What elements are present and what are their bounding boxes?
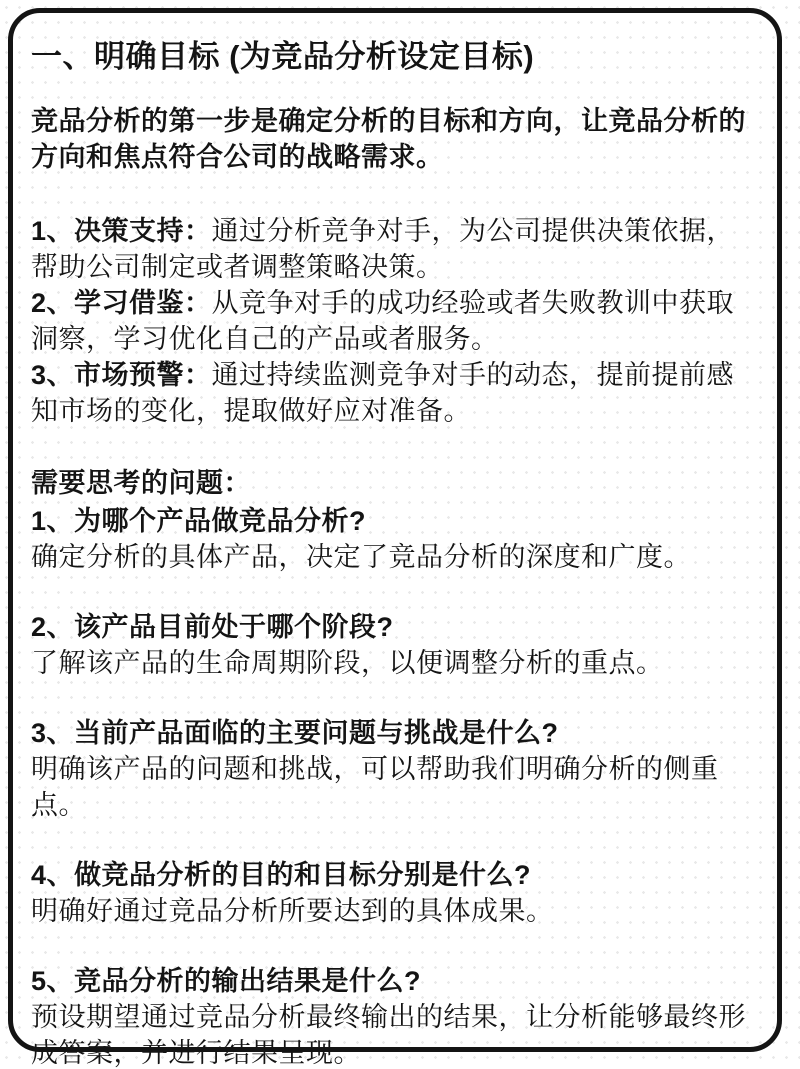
question-block: 1、为哪个产品做竞品分析? 确定分析的具体产品，决定了竞品分析的深度和广度。 (31, 503, 760, 575)
question-answer: 确定分析的具体产品，决定了竞品分析的深度和广度。 (31, 539, 760, 575)
question-title: 5、竞品分析的输出结果是什么? (31, 963, 760, 999)
question-answer: 明确好通过竞品分析所要达到的具体成果。 (31, 893, 760, 929)
goal-item: 3、市场预警：通过持续监测竞争对手的动态，提前提前感知市场的变化，提取做好应对准… (31, 357, 760, 429)
question-answer: 明确该产品的问题和挑战，可以帮助我们明确分析的侧重点。 (31, 751, 760, 823)
goal-label: 2、学习借鉴： (31, 288, 212, 318)
question-title: 1、为哪个产品做竞品分析? (31, 503, 760, 539)
question-block: 4、做竞品分析的目的和目标分别是什么? 明确好通过竞品分析所要达到的具体成果。 (31, 857, 760, 929)
intro-paragraph: 竞品分析的第一步是确定分析的目标和方向，让竞品分析的方向和焦点符合公司的战略需求… (31, 103, 760, 175)
question-block: 2、该产品目前处于哪个阶段? 了解该产品的生命周期阶段，以便调整分析的重点。 (31, 609, 760, 681)
question-title: 3、当前产品面临的主要问题与挑战是什么? (31, 715, 760, 751)
question-answer: 预设期望通过竞品分析最终输出的结果，让分析能够最终形成答案，并进行结果呈现。 (31, 999, 760, 1069)
page-title: 一、明确目标 (为竞品分析设定目标) (31, 37, 760, 77)
question-answer: 了解该产品的生命周期阶段，以便调整分析的重点。 (31, 645, 760, 681)
content-card: 一、明确目标 (为竞品分析设定目标) 竞品分析的第一步是确定分析的目标和方向，让… (8, 8, 782, 1052)
goal-label: 1、决策支持： (31, 216, 212, 246)
goal-item: 2、学习借鉴：从竞争对手的成功经验或者失败教训中获取洞察，学习优化自己的产品或者… (31, 285, 760, 357)
question-block: 5、竞品分析的输出结果是什么? 预设期望通过竞品分析最终输出的结果，让分析能够最… (31, 963, 760, 1069)
question-title: 4、做竞品分析的目的和目标分别是什么? (31, 857, 760, 893)
goal-item: 1、决策支持：通过分析竞争对手，为公司提供决策依据，帮助公司制定或者调整策略决策… (31, 213, 760, 285)
questions-heading: 需要思考的问题： (31, 465, 760, 501)
question-block: 3、当前产品面临的主要问题与挑战是什么? 明确该产品的问题和挑战，可以帮助我们明… (31, 715, 760, 823)
question-title: 2、该产品目前处于哪个阶段? (31, 609, 760, 645)
goals-list: 1、决策支持：通过分析竞争对手，为公司提供决策依据，帮助公司制定或者调整策略决策… (31, 213, 760, 429)
goal-label: 3、市场预警： (31, 360, 212, 390)
